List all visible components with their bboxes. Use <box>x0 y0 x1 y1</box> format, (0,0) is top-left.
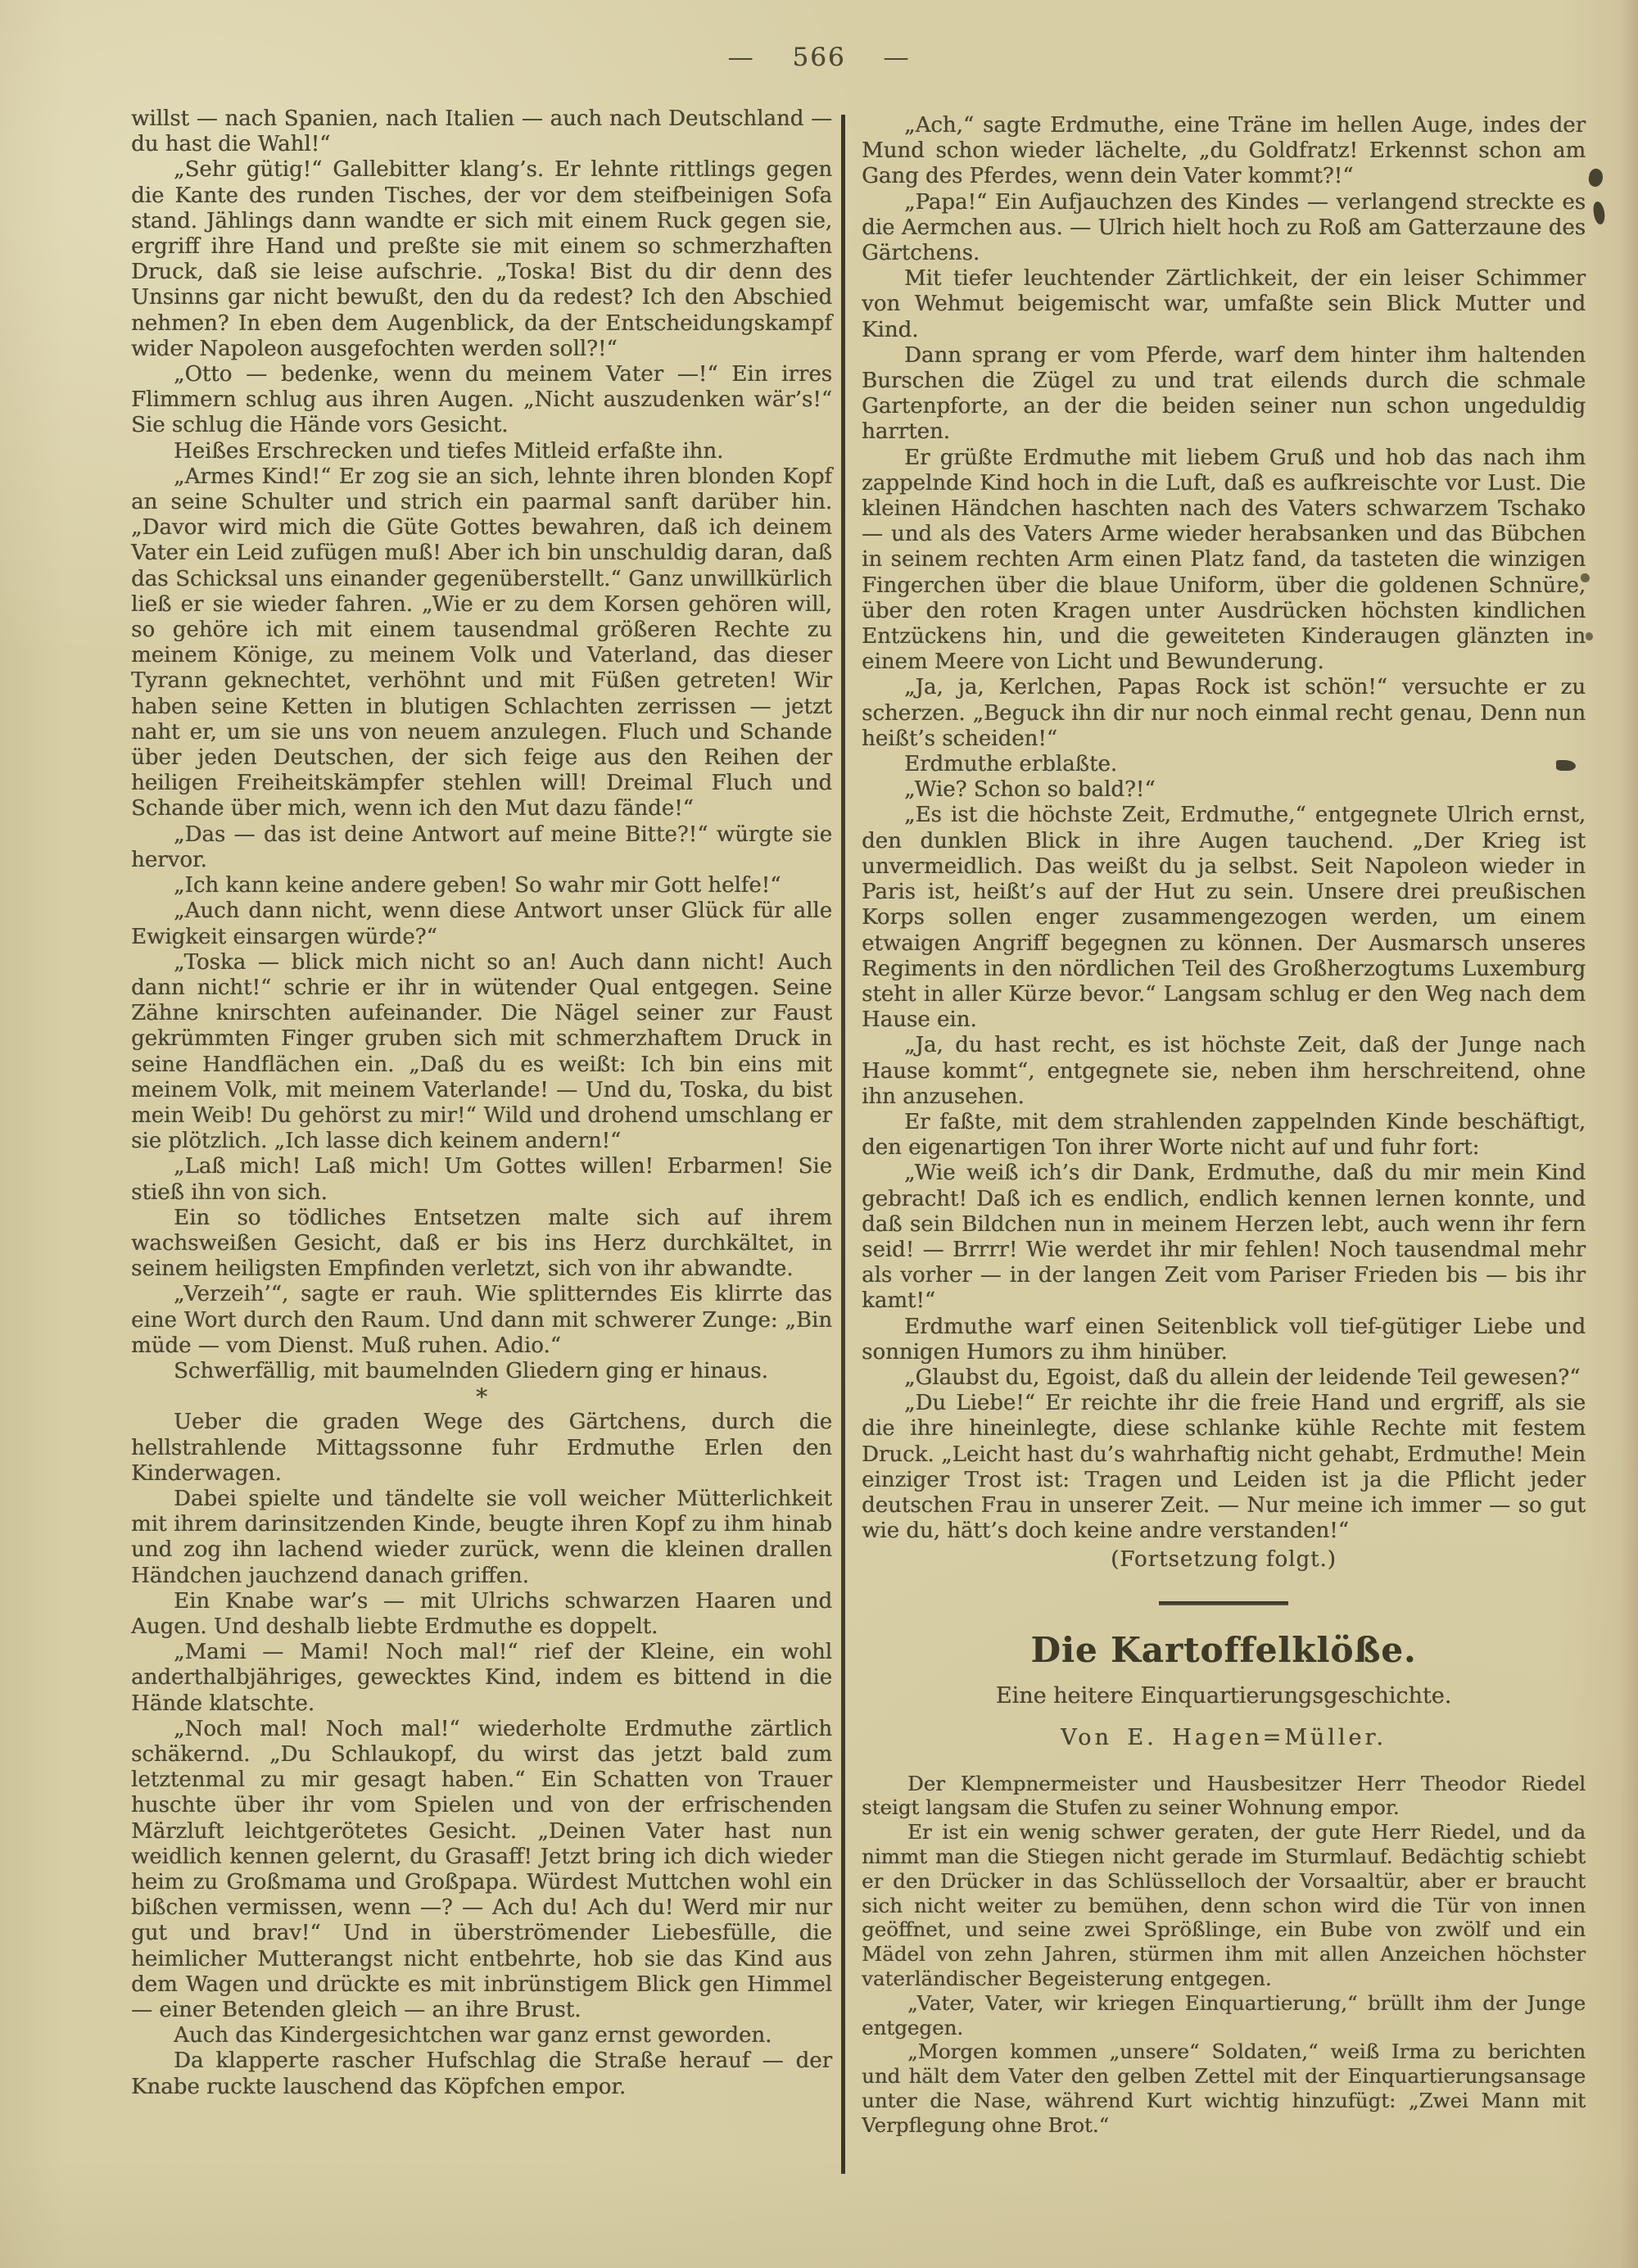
paragraph: „Ja, ja, Kerlchen, Papas Rock ist schön!… <box>862 675 1586 752</box>
paragraph: „Mami — Mami! Noch mal!“ rief der Kleine… <box>131 1640 832 1717</box>
paragraph: Er faßte, mit dem strahlenden zappelnden… <box>862 1110 1586 1161</box>
paragraph: „Vater, Vater, wir kriegen Einquartierun… <box>862 1991 1586 2040</box>
paragraph: Der Klempnermeister und Hausbesitzer Her… <box>862 1772 1586 1821</box>
page-edge-shading <box>1620 0 1638 2268</box>
paragraph: „Otto — bedenke, wenn du meinem Vater —!… <box>131 362 832 439</box>
paragraph: „Du Liebe!“ Er reichte ihr die freie Han… <box>862 1391 1586 1544</box>
paragraph: „Ja, du hast recht, es ist höchste Zeit,… <box>862 1033 1586 1110</box>
paragraph: „Auch dann nicht, wenn diese Antwort uns… <box>131 899 832 949</box>
paragraph: Erdmuthe erblaßte. <box>862 752 1586 777</box>
paragraph: Schwerfällig, mit baumelnden Gliedern gi… <box>131 1359 832 1384</box>
paragraph: Dabei spielte und tändelte sie voll weic… <box>131 1487 832 1589</box>
paragraph: „Ich kann keine andere geben! So wahr mi… <box>131 873 832 899</box>
paragraph: Da klapperte rascher Hufschlag die Straß… <box>131 2048 832 2099</box>
paragraph: Erdmuthe warf einen Seitenblick voll tie… <box>862 1315 1586 1365</box>
paragraph: „Wie? Schon so bald?!“ <box>862 777 1586 803</box>
ink-smudge <box>1592 201 1606 225</box>
paragraph: „Ach,“ sagte Erdmuthe, eine Träne im hel… <box>862 113 1586 190</box>
paragraph: Ein Knabe war’s — mit Ulrichs schwarzen … <box>131 1589 832 1640</box>
column-divider-rule <box>841 115 845 2174</box>
paragraph: Auch das Kindergesichtchen war ganz erns… <box>131 2023 832 2048</box>
ink-smudge <box>1556 760 1576 771</box>
paragraph: Er ist ein wenig schwer geraten, der gut… <box>862 1820 1586 1991</box>
paragraph: Mit tiefer leuchtender Zärtlichkeit, der… <box>862 266 1586 343</box>
paragraph: Heißes Erschrecken und tiefes Mitleid er… <box>131 439 832 464</box>
paragraph: Dann sprang er vom Pferde, warf dem hint… <box>862 343 1586 446</box>
story2-subtitle: Eine heitere Einquartierungsgeschichte. <box>862 1683 1586 1709</box>
ink-smudge <box>1586 632 1593 641</box>
story2-title: Die Kartoffelklöße. <box>862 1630 1586 1670</box>
paragraph: „Papa!“ Ein Aufjauchzen des Kindes — ver… <box>862 190 1586 267</box>
paragraph: Er grüßte Erdmuthe mit liebem Gruß und h… <box>862 446 1586 676</box>
scanned-page: { "page": { "number": "566", "number_dis… <box>0 0 1638 2268</box>
paragraph: willst — nach Spanien, nach Italien — au… <box>131 106 832 157</box>
story-separator-rule <box>1159 1601 1288 1605</box>
story2-body-text: Der Klempnermeister und Hausbesitzer Her… <box>862 1772 1586 2138</box>
left-column: willst — nach Spanien, nach Italien — au… <box>131 106 832 2100</box>
paragraph: „Laß mich! Laß mich! Um Gottes willen! E… <box>131 1154 832 1205</box>
right-column: „Ach,“ sagte Erdmuthe, eine Träne im hel… <box>862 113 1586 2138</box>
paragraph: „Morgen kommen „unsere“ Soldaten,“ weiß … <box>862 2039 1586 2137</box>
paragraph: „Sehr gütig!“ Gallebitter klang’s. Er le… <box>131 157 832 362</box>
continuation-note: (Fortsetzung folgt.) <box>862 1547 1586 1573</box>
story1-continuation-text: „Ach,“ sagte Erdmuthe, eine Träne im hel… <box>862 113 1586 1544</box>
ink-smudge <box>1581 573 1590 582</box>
paragraph: „Toska — blick mich nicht so an! Auch da… <box>131 950 832 1155</box>
ink-smudge <box>1587 167 1604 188</box>
paragraph: Ueber die graden Wege des Gärtchens, dur… <box>131 1410 832 1487</box>
story2-byline: Von E. Hagen=Müller. <box>862 1725 1586 1750</box>
paragraph: „Armes Kind!“ Er zog sie an sich, lehnte… <box>131 464 832 822</box>
paragraph: Ein so tödliches Entsetzen malte sich au… <box>131 1206 832 1283</box>
paragraph: „Glaubst du, Egoist, daß du allein der l… <box>862 1365 1586 1391</box>
paragraph: „Das — das ist deine Antwort auf meine B… <box>131 822 832 873</box>
paragraph: „Verzeih’“, sagte er rauh. Wie splittern… <box>131 1282 832 1359</box>
paragraph: „Wie weiß ich’s dir Dank, Erdmuthe, daß … <box>862 1161 1586 1314</box>
page-number: — 566 — <box>0 43 1638 72</box>
paragraph: „Noch mal! Noch mal!“ wiederholte Erdmut… <box>131 1717 832 2023</box>
paragraph: „Es ist die höchste Zeit, Erdmuthe,“ ent… <box>862 803 1586 1033</box>
paragraph: * <box>131 1384 832 1410</box>
